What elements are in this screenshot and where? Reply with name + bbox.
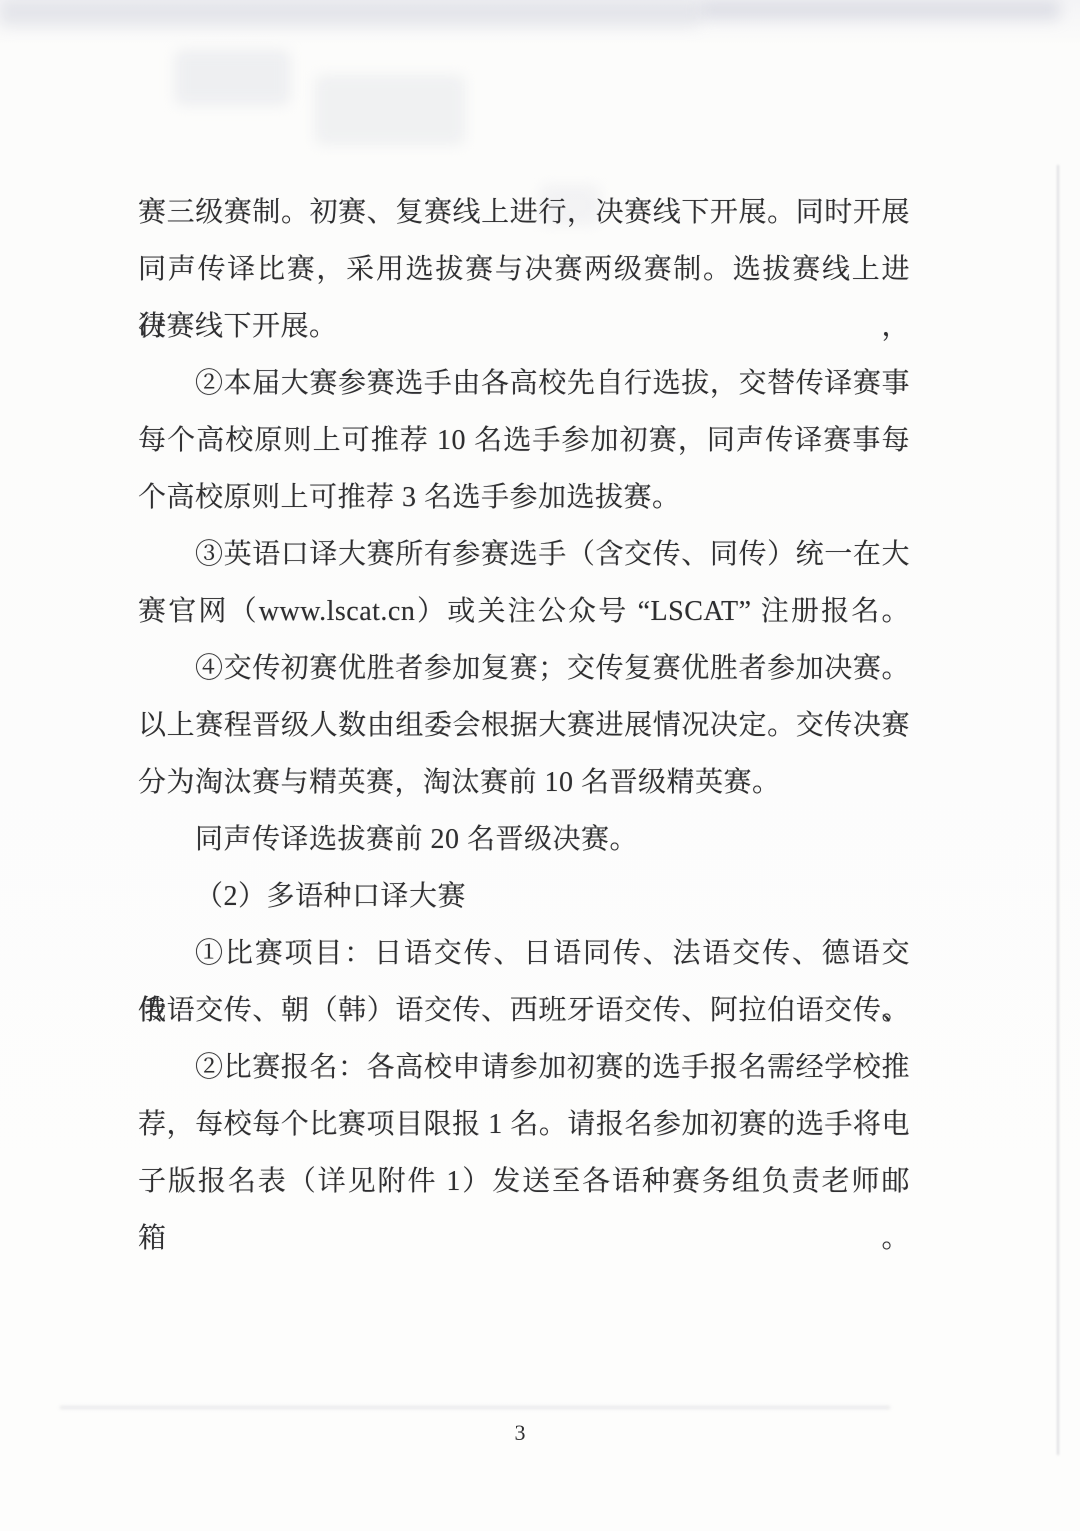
text-line: 以上赛程晋级人数由组委会根据大赛进展情况决定。交传决赛 bbox=[138, 697, 910, 754]
scan-smudge bbox=[0, 0, 700, 26]
text-line: 个高校原则上可推荐 3 名选手参加选拔赛。 bbox=[138, 469, 910, 526]
text-line: 每个高校原则上可推荐 10 名选手参加初赛，同声传译赛事每 bbox=[138, 412, 910, 469]
scan-smudge bbox=[315, 75, 465, 145]
text-line: （2）多语种口译大赛 bbox=[138, 868, 910, 925]
text-line: 俄语交传、朝（韩）语交传、西班牙语交传、阿拉伯语交传。 bbox=[138, 982, 910, 1039]
text-line: ②本届大赛参赛选手由各高校先自行选拔，交替传译赛事 bbox=[138, 355, 910, 412]
scan-smudge bbox=[700, 0, 1060, 20]
text-line: 分为淘汰赛与精英赛，淘汰赛前 10 名晋级精英赛。 bbox=[138, 754, 910, 811]
page-number: 3 bbox=[0, 1420, 1040, 1446]
text-line: 赛官网（www.lscat.cn）或关注公众号 “LSCAT” 注册报名。 bbox=[138, 583, 910, 640]
scan-edge-line bbox=[1057, 165, 1059, 1455]
text-line: ①比赛项目：日语交传、日语同传、法语交传、德语交传、 bbox=[138, 925, 910, 982]
document-text-block: 赛三级赛制。初赛、复赛线上进行，决赛线下开展。同时开展同声传译比赛，采用选拔赛与… bbox=[138, 184, 910, 1210]
text-line: ③英语口译大赛所有参赛选手（含交传、同传）统一在大 bbox=[138, 526, 910, 583]
text-line: 子版报名表（详见附件 1）发送至各语种赛务组负责老师邮箱。 bbox=[138, 1153, 910, 1210]
text-line: 荐，每校每个比赛项目限报 1 名。请报名参加初赛的选手将电 bbox=[138, 1096, 910, 1153]
scan-smudge bbox=[175, 50, 290, 105]
text-line: 赛三级赛制。初赛、复赛线上进行，决赛线下开展。同时开展 bbox=[138, 184, 910, 241]
scan-edge-marks bbox=[60, 1406, 890, 1409]
text-line: 同声传译比赛，采用选拔赛与决赛两级赛制。选拔赛线上进行， bbox=[138, 241, 910, 298]
document-page: 赛三级赛制。初赛、复赛线上进行，决赛线下开展。同时开展同声传译比赛，采用选拔赛与… bbox=[0, 0, 1080, 1531]
text-line: ④交传初赛优胜者参加复赛；交传复赛优胜者参加决赛。 bbox=[138, 640, 910, 697]
text-line: ②比赛报名：各高校申请参加初赛的选手报名需经学校推 bbox=[138, 1039, 910, 1096]
text-line: 同声传译选拔赛前 20 名晋级决赛。 bbox=[138, 811, 910, 868]
